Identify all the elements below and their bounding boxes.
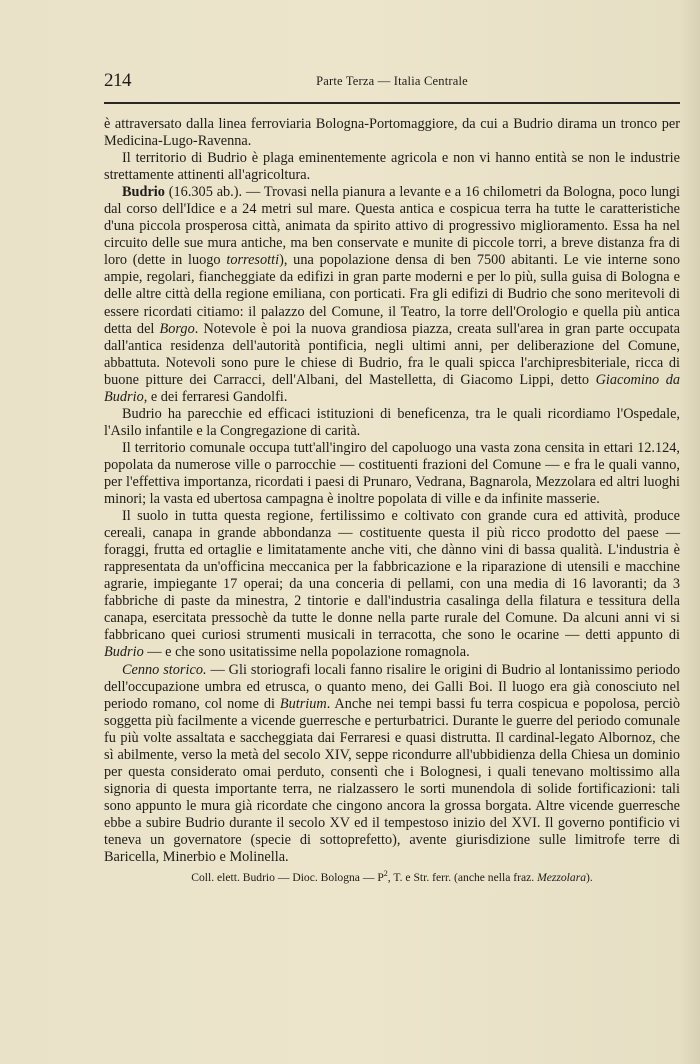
header-rule — [104, 102, 680, 104]
paragraph-agriculture: Il territorio di Budrio è plaga eminente… — [104, 150, 680, 184]
administrative-footer: Coll. elett. Budrio — Dioc. Bologna — P2… — [104, 869, 680, 886]
running-head: 214 Parte Terza — Italia Centrale — [104, 66, 680, 92]
paragraph-charity: Budrio ha parecchie ed efficaci istituzi… — [104, 406, 680, 440]
body-text: è attraversato dalla linea ferroviaria B… — [104, 116, 680, 886]
paragraph-railway: è attraversato dalla linea ferroviaria B… — [104, 116, 680, 150]
running-title: Parte Terza — Italia Centrale — [104, 74, 680, 89]
entry-heading: Budrio — [122, 184, 165, 200]
paragraph-territory: Il territorio comunale occupa tutt'all'i… — [104, 440, 680, 508]
paragraph-budrio-description: Budrio (16.305 ab.). — Trovasi nella pia… — [104, 184, 680, 406]
paragraph-history: Cenno storico. — Gli storiografi locali … — [104, 662, 680, 867]
paragraph-industry: Il suolo in tutta questa regione, fertil… — [104, 508, 680, 661]
book-page: 214 Parte Terza — Italia Centrale è attr… — [104, 66, 680, 886]
history-heading: Cenno storico. — [122, 662, 207, 678]
